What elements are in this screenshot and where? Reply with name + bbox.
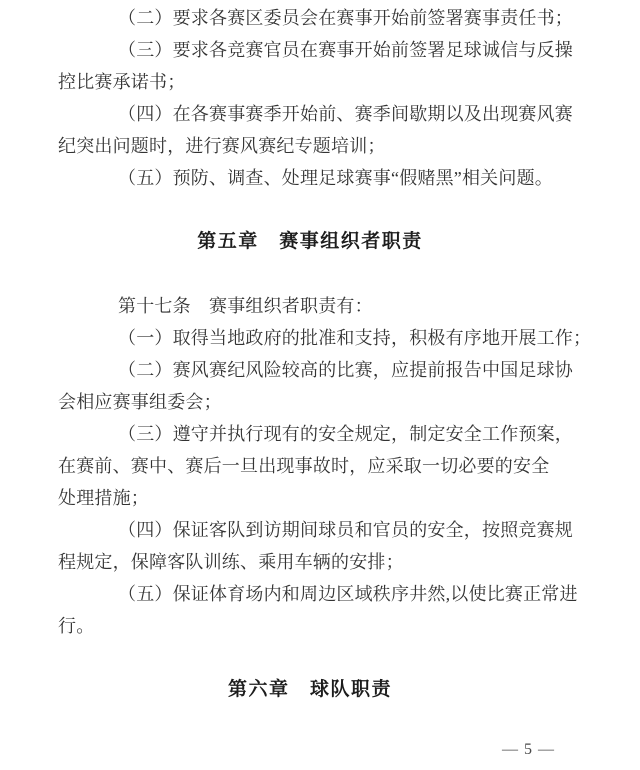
article-17-clause-2: （二）赛风赛纪风险较高的比赛，应提前报告中国足球协会相应赛事组委会； <box>58 354 562 418</box>
paragraph-line: （五）预防、调查、处理足球赛事“假赌黑”相关问题。 <box>58 162 562 194</box>
paragraph-line: （二）赛风赛纪风险较高的比赛，应提前报告中国足球协 <box>58 354 562 386</box>
clause-2: （二）要求各赛区委员会在赛事开始前签署赛事责任书； <box>58 2 562 34</box>
paragraph-line: （二）要求各赛区委员会在赛事开始前签署赛事责任书； <box>58 2 562 34</box>
paragraph-line: 行。 <box>58 610 562 642</box>
chapter-6-heading: 第六章 球队职责 <box>58 674 562 706</box>
clause-3: （三）要求各竞赛官员在赛事开始前签署足球诚信与反操控比赛承诺书； <box>58 34 562 98</box>
paragraph-line: 会相应赛事组委会； <box>58 386 562 418</box>
clause-4: （四）在各赛事赛季开始前、赛季间歇期以及出现赛风赛纪突出问题时，进行赛风赛纪专题… <box>58 98 562 162</box>
clause-5: （五）预防、调查、处理足球赛事“假赌黑”相关问题。 <box>58 162 562 194</box>
chapter-5-heading: 第五章 赛事组织者职责 <box>58 226 562 258</box>
paragraph-line: 在赛前、赛中、赛后一旦出现事故时，应采取一切必要的安全 <box>58 450 562 482</box>
paragraph-line: 控比赛承诺书； <box>58 66 562 98</box>
paragraph-line: 第十七条 赛事组织者职责有： <box>58 290 562 322</box>
paragraph-line: （四）在各赛事赛季开始前、赛季间歇期以及出现赛风赛 <box>58 98 562 130</box>
paragraph-line: （三）要求各竞赛官员在赛事开始前签署足球诚信与反操 <box>58 34 562 66</box>
article-17-clause-3: （三）遵守并执行现有的安全规定，制定安全工作预案，在赛前、赛中、赛后一旦出现事故… <box>58 418 562 514</box>
paragraph-line: （三）遵守并执行现有的安全规定，制定安全工作预案， <box>58 418 562 450</box>
paragraph-line: 处理措施； <box>58 482 562 514</box>
paragraph-line: 纪突出问题时，进行赛风赛纪专题培训； <box>58 130 562 162</box>
document-page: （二）要求各赛区委员会在赛事开始前签署赛事责任书；（三）要求各竞赛官员在赛事开始… <box>0 0 640 770</box>
paragraph-line: （一）取得当地政府的批准和支持，积极有序地开展工作； <box>58 322 562 354</box>
paragraph-line: 程规定，保障客队训练、乘用车辆的安排； <box>58 546 562 578</box>
paragraph-line: （五）保证体育场内和周边区域秩序井然,以使比赛正常进 <box>58 578 562 610</box>
paragraph-line: （四）保证客队到访期间球员和官员的安全，按照竞赛规 <box>58 514 562 546</box>
article-17-clause-5: （五）保证体育场内和周边区域秩序井然,以使比赛正常进行。 <box>58 578 562 642</box>
article-17-clause-1: （一）取得当地政府的批准和支持，积极有序地开展工作； <box>58 322 562 354</box>
article-17-clause-4: （四）保证客队到访期间球员和官员的安全，按照竞赛规程规定，保障客队训练、乘用车辆… <box>58 514 562 578</box>
article-17: 第十七条 赛事组织者职责有： <box>58 290 562 322</box>
page-number: — 5 — <box>502 742 555 758</box>
document-body: （二）要求各赛区委员会在赛事开始前签署赛事责任书；（三）要求各竞赛官员在赛事开始… <box>0 0 640 706</box>
